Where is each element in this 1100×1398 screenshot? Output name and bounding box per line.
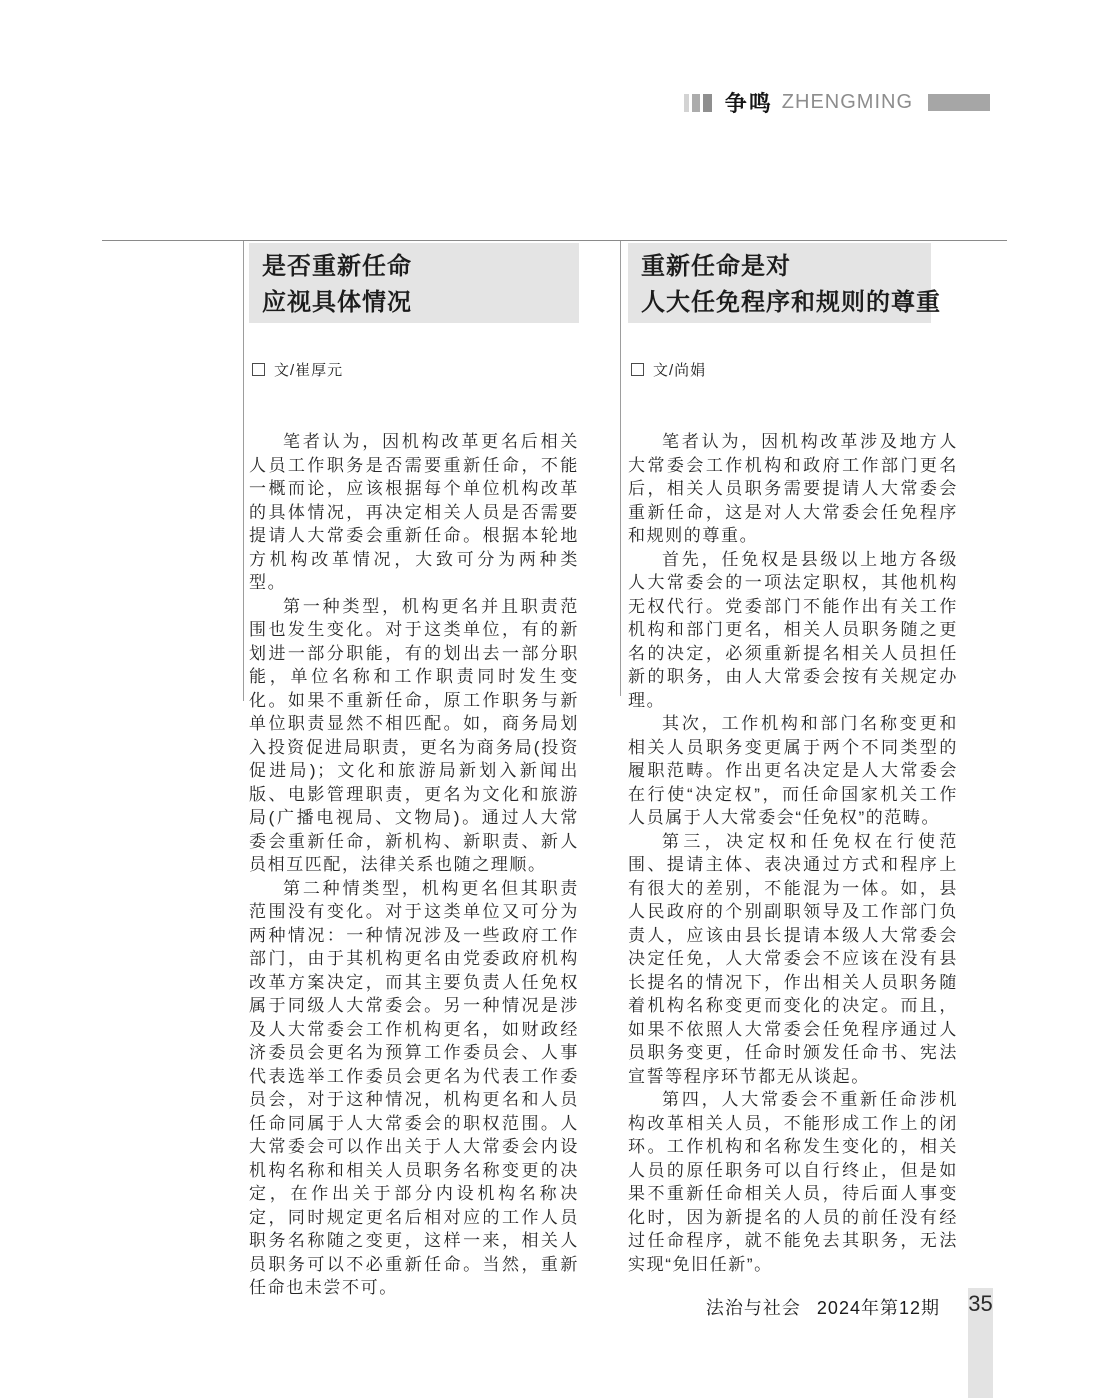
byline-square-icon bbox=[252, 363, 265, 376]
byline-text: 文/尚娟 bbox=[653, 359, 706, 380]
body-paragraph: 第四，人大常委会不重新任命涉机构改革相关人员，不能形成工作上的闭环。工作机构和名… bbox=[628, 1088, 958, 1276]
article-right-title: 重新任命是对 人大任免程序和规则的尊重 bbox=[628, 243, 931, 323]
section-marker-bars-icon bbox=[684, 94, 712, 112]
article-right-body: 笔者认为，因机构改革涉及地方人大常委会工作机构和政府工作部门更名后，相关人员职务… bbox=[628, 430, 958, 1276]
column-divider-rule bbox=[620, 241, 621, 696]
journal-issue: 2024年第12期 bbox=[817, 1298, 940, 1318]
article-left-byline: 文/崔厚元 bbox=[252, 359, 579, 379]
body-paragraph: 首先，任免权是县级以上地方各级人大常委会的一项法定职权，其他机构无权代行。党委部… bbox=[628, 548, 958, 713]
title-line: 应视具体情况 bbox=[262, 285, 579, 321]
magazine-page: 争鸣 ZHENGMING 是否重新任命 应视具体情况 文/崔厚元 笔者认为，因机… bbox=[0, 0, 1100, 1398]
left-column-rule bbox=[243, 241, 244, 701]
body-paragraph: 第一种类型，机构更名并且职责范围也发生变化。对于这类单位，有的新划进一部分职能，… bbox=[249, 595, 579, 877]
page-number: 35 bbox=[962, 1291, 999, 1317]
section-title-cn: 争鸣 bbox=[725, 87, 773, 118]
article-left-body: 笔者认为，因机构改革更名后相关人员工作职务是否需要重新任命，不能一概而论，应该根… bbox=[249, 430, 579, 1300]
body-paragraph: 笔者认为，因机构改革涉及地方人大常委会工作机构和政府工作部门更名后，相关人员职务… bbox=[628, 430, 958, 548]
title-line: 人大任免程序和规则的尊重 bbox=[641, 285, 931, 321]
byline-square-icon bbox=[631, 363, 644, 376]
title-line: 重新任命是对 bbox=[641, 249, 931, 285]
header-bar-icon bbox=[928, 94, 990, 111]
body-paragraph: 笔者认为，因机构改革更名后相关人员工作职务是否需要重新任命，不能一概而论，应该根… bbox=[249, 430, 579, 595]
body-paragraph: 第三，决定权和任免权在行使范围、提请主体、表决通过方式和程序上有很大的差别，不能… bbox=[628, 830, 958, 1089]
body-paragraph: 其次，工作机构和部门名称变更和相关人员职务变更属于两个不同类型的履职范畴。作出更… bbox=[628, 712, 958, 830]
footer-journal-line: 法治与社会 2024年第12期 bbox=[628, 1294, 940, 1320]
article-left-title: 是否重新任命 应视具体情况 bbox=[249, 243, 579, 323]
journal-name: 法治与社会 bbox=[706, 1298, 801, 1318]
title-line: 是否重新任命 bbox=[262, 249, 579, 285]
body-paragraph: 第二种情类型，机构更名但其职责范围没有变化。对于这类单位又可分为两种情况：一种情… bbox=[249, 877, 579, 1300]
byline-text: 文/崔厚元 bbox=[274, 359, 343, 380]
top-horizontal-rule bbox=[102, 240, 1007, 241]
section-title-en: ZHENGMING bbox=[782, 91, 913, 114]
section-header: 争鸣 ZHENGMING bbox=[0, 87, 990, 118]
article-right-byline: 文/尚娟 bbox=[631, 359, 958, 379]
article-right: 重新任命是对 人大任免程序和规则的尊重 文/尚娟 笔者认为，因机构改革涉及地方人… bbox=[628, 243, 958, 1276]
article-left: 是否重新任命 应视具体情况 文/崔厚元 笔者认为，因机构改革更名后相关人员工作职… bbox=[249, 243, 579, 1300]
